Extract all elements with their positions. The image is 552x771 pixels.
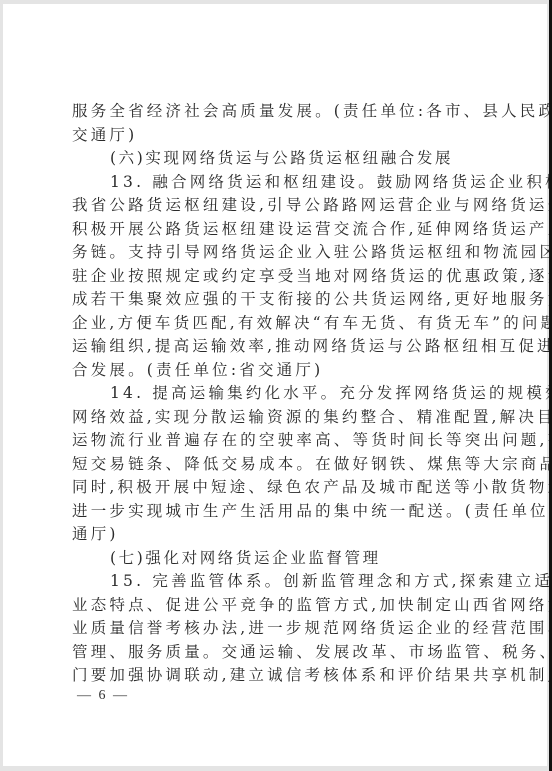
text-line: 管理、服务质量。交通运输、发展改革、市场监管、税务、网信等部: [72, 641, 456, 665]
text-line: 服务全省经济社会高质量发展。(责任单位:各市、县人民政府,省: [72, 100, 456, 124]
text-line: 务链。支持引导网络货运企业入驻公路货运枢纽和物流园区,入: [72, 241, 456, 265]
text-line: 积极开展公路货运枢纽建设运营交流合作,延伸网络货运产业服: [72, 218, 456, 242]
text-line: 企业,方便车货匹配,有效解决“有车无货、有货无车”的问题,优化: [72, 312, 456, 336]
document-page: 服务全省经济社会高质量发展。(责任单位:各市、县人民政府,省 交通厅) (六)实…: [3, 4, 547, 766]
paragraph-start: 15. 完善监管体系。创新监管理念和方式,探索建立适应新: [72, 570, 456, 594]
text-line: 业质量信誉考核办法,进一步规范网络货运企业的经营范围、安全: [72, 617, 456, 641]
text-line: 成若干集聚效应强的干支衔接的公共货运网络,更好地服务货源: [72, 288, 456, 312]
text-line: 短交易链条、降低交易成本。在做好钢铁、煤焦等大宗商品运输的: [72, 453, 456, 477]
section-heading: (七)强化对网络货运企业监督管理: [72, 547, 456, 571]
text-line: 我省公路货运枢纽建设,引导公路路网运营企业与网络货运企业: [72, 194, 456, 218]
paragraph-start: 14. 提高运输集约化水平。充分发挥网络货运的规模效益和: [72, 382, 456, 406]
text-line: 进一步实现城市生产生活用品的集中统一配送。(责任单位:省交: [72, 500, 456, 524]
page-number: — 6 —: [77, 688, 129, 704]
text-line: 合发展。(责任单位:省交通厅): [72, 359, 456, 383]
document-body: 服务全省经济社会高质量发展。(责任单位:各市、县人民政府,省 交通厅) (六)实…: [72, 100, 456, 688]
text-line: 运物流行业普遍存在的空驶率高、等货时间长等突出问题,有效缩: [72, 429, 456, 453]
text-line: 运输组织,提高运输效率,推动网络货运与公路枢纽相互促进、融: [72, 335, 456, 359]
text-line: 通厅): [72, 523, 456, 547]
text-line: 同时,积极开展中短途、绿色农产品及城市配送等小散货物运输。: [72, 476, 456, 500]
text-line: 网络效益,实现分散运输资源的集约整合、精准配置,解决目前货: [72, 406, 456, 430]
section-heading: (六)实现网络货运与公路货运枢纽融合发展: [72, 147, 456, 171]
text-line: 业态特点、促进公平竞争的监管方式,加快制定山西省网络货运企: [72, 594, 456, 618]
paragraph-start: 13. 融合网络货运和枢纽建设。鼓励网络货运企业积极参与: [72, 171, 456, 195]
text-line: 驻企业按照规定或约定享受当地对网络货运的优惠政策,逐步形: [72, 265, 456, 289]
text-line: 交通厅): [72, 124, 456, 148]
text-line: 门要加强协调联动,建立诚信考核体系和评价结果共享机制,依法: [72, 664, 456, 688]
